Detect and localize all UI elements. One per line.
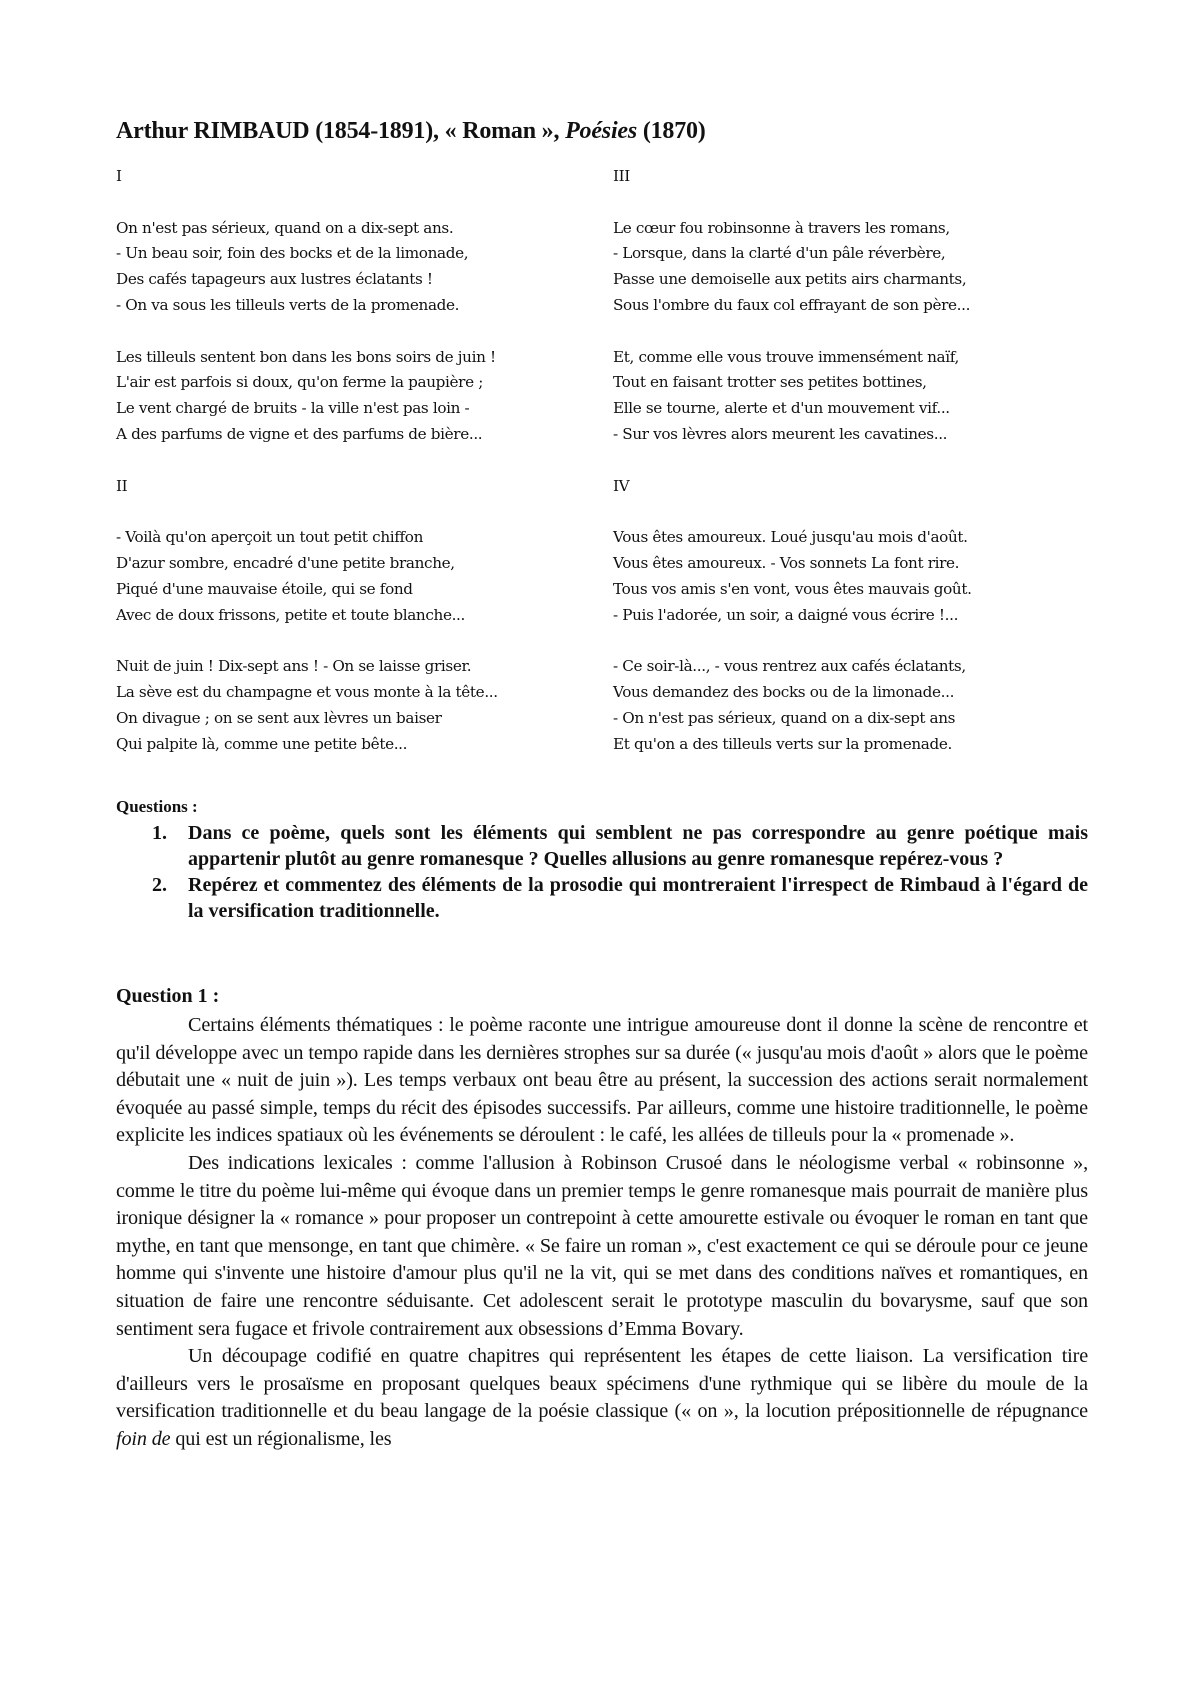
verse-line: Qui palpite là, comme une petite bête...	[116, 732, 498, 758]
verse-line: Vous demandez des bocks ou de la limonad…	[613, 680, 972, 706]
question-number: 1.	[152, 820, 167, 846]
document-page: Arthur RIMBAUD (1854-1891), « Roman », P…	[0, 0, 1200, 1698]
title-year: (1870)	[637, 118, 706, 144]
verse-line: Et, comme elle vous trouve immensément n…	[613, 345, 972, 371]
question-item: 1. Dans ce poème, quels sont les élément…	[116, 820, 1088, 872]
question-item: 2. Repérez et commentez des éléments de …	[116, 872, 1088, 924]
questions-label: Questions :	[116, 797, 198, 817]
question-text: Repérez et commentez des éléments de la …	[188, 874, 1088, 922]
poem-column-right: III Le cœur fou robinsonne à travers les…	[613, 164, 972, 757]
title-collection: Poésies	[565, 118, 637, 144]
answer-heading: Question 1 :	[116, 985, 219, 1008]
verse-line: On n'est pas sérieux, quand on a dix-sep…	[116, 216, 498, 242]
answer-paragraph: Certains éléments thématiques : le poème…	[116, 1012, 1088, 1150]
verse-line: Passe une demoiselle aux petits airs cha…	[613, 267, 972, 293]
verse-line: - Ce soir-là..., - vous rentrez aux café…	[613, 654, 972, 680]
verse-line: - Sur vos lèvres alors meurent les cavat…	[613, 422, 972, 448]
verse-line: La sève est du champagne et vous monte à…	[116, 680, 498, 706]
verse-line: Vous êtes amoureux. - Vos sonnets La fon…	[613, 551, 972, 577]
answer-paragraph: Un découpage codifié en quatre chapitres…	[116, 1343, 1088, 1453]
part-number: III	[613, 164, 972, 190]
verse-line: - Voilà qu'on aperçoit un tout petit chi…	[116, 525, 498, 551]
verse-line: L'air est parfois si doux, qu'on ferme l…	[116, 370, 498, 396]
verse-line: Le cœur fou robinsonne à travers les rom…	[613, 216, 972, 242]
verse-line: D'azur sombre, encadré d'une petite bran…	[116, 551, 498, 577]
verse-line: - Puis l'adorée, un soir, a daigné vous …	[613, 603, 972, 629]
verse-line: Et qu'on a des tilleuls verts sur la pro…	[613, 732, 972, 758]
paragraph-text: Un découpage codifié en quatre chapitres…	[116, 1345, 1088, 1422]
verse-line: Les tilleuls sentent bon dans les bons s…	[116, 345, 498, 371]
poem-column-left: I On n'est pas sérieux, quand on a dix-s…	[116, 164, 498, 757]
verse-line: Vous êtes amoureux. Loué jusqu'au mois d…	[613, 525, 972, 551]
question-text: Dans ce poème, quels sont les éléments q…	[188, 822, 1088, 870]
verse-line: Tous vos amis s'en vont, vous êtes mauva…	[613, 577, 972, 603]
verse-line: Sous l'ombre du faux col effrayant de so…	[613, 293, 972, 319]
verse-line: A des parfums de vigne et des parfums de…	[116, 422, 498, 448]
part-number: I	[116, 164, 498, 190]
answer-paragraph: Des indications lexicales : comme l'allu…	[116, 1150, 1088, 1343]
verse-line: - On va sous les tilleuls verts de la pr…	[116, 293, 498, 319]
verse-line: - Lorsque, dans la clarté d'un pâle réve…	[613, 241, 972, 267]
verse-line: Elle se tourne, alerte et d'un mouvement…	[613, 396, 972, 422]
questions-list: 1. Dans ce poème, quels sont les élément…	[116, 820, 1088, 924]
part-number: II	[116, 474, 498, 500]
verse-line: Tout en faisant trotter ses petites bott…	[613, 370, 972, 396]
question-number: 2.	[152, 872, 167, 898]
verse-line: Avec de doux frissons, petite et toute b…	[116, 603, 498, 629]
title-poem: « Roman »,	[445, 118, 565, 144]
verse-line: On divague ; on se sent aux lèvres un ba…	[116, 706, 498, 732]
part-number: IV	[613, 474, 972, 500]
italic-term: foin de	[116, 1428, 170, 1450]
paragraph-text: qui est un régionalisme, les	[170, 1428, 391, 1450]
title-author: Arthur RIMBAUD (1854-1891),	[116, 118, 445, 144]
document-title: Arthur RIMBAUD (1854-1891), « Roman », P…	[116, 118, 706, 145]
verse-line: Des cafés tapageurs aux lustres éclatant…	[116, 267, 498, 293]
verse-line: - On n'est pas sérieux, quand on a dix-s…	[613, 706, 972, 732]
verse-line: - Un beau soir, foin des bocks et de la …	[116, 241, 498, 267]
verse-line: Piqué d'une mauvaise étoile, qui se fond	[116, 577, 498, 603]
answer-body: Certains éléments thématiques : le poème…	[116, 1012, 1088, 1454]
verse-line: Le vent chargé de bruits - la ville n'es…	[116, 396, 498, 422]
verse-line: Nuit de juin ! Dix-sept ans ! - On se la…	[116, 654, 498, 680]
